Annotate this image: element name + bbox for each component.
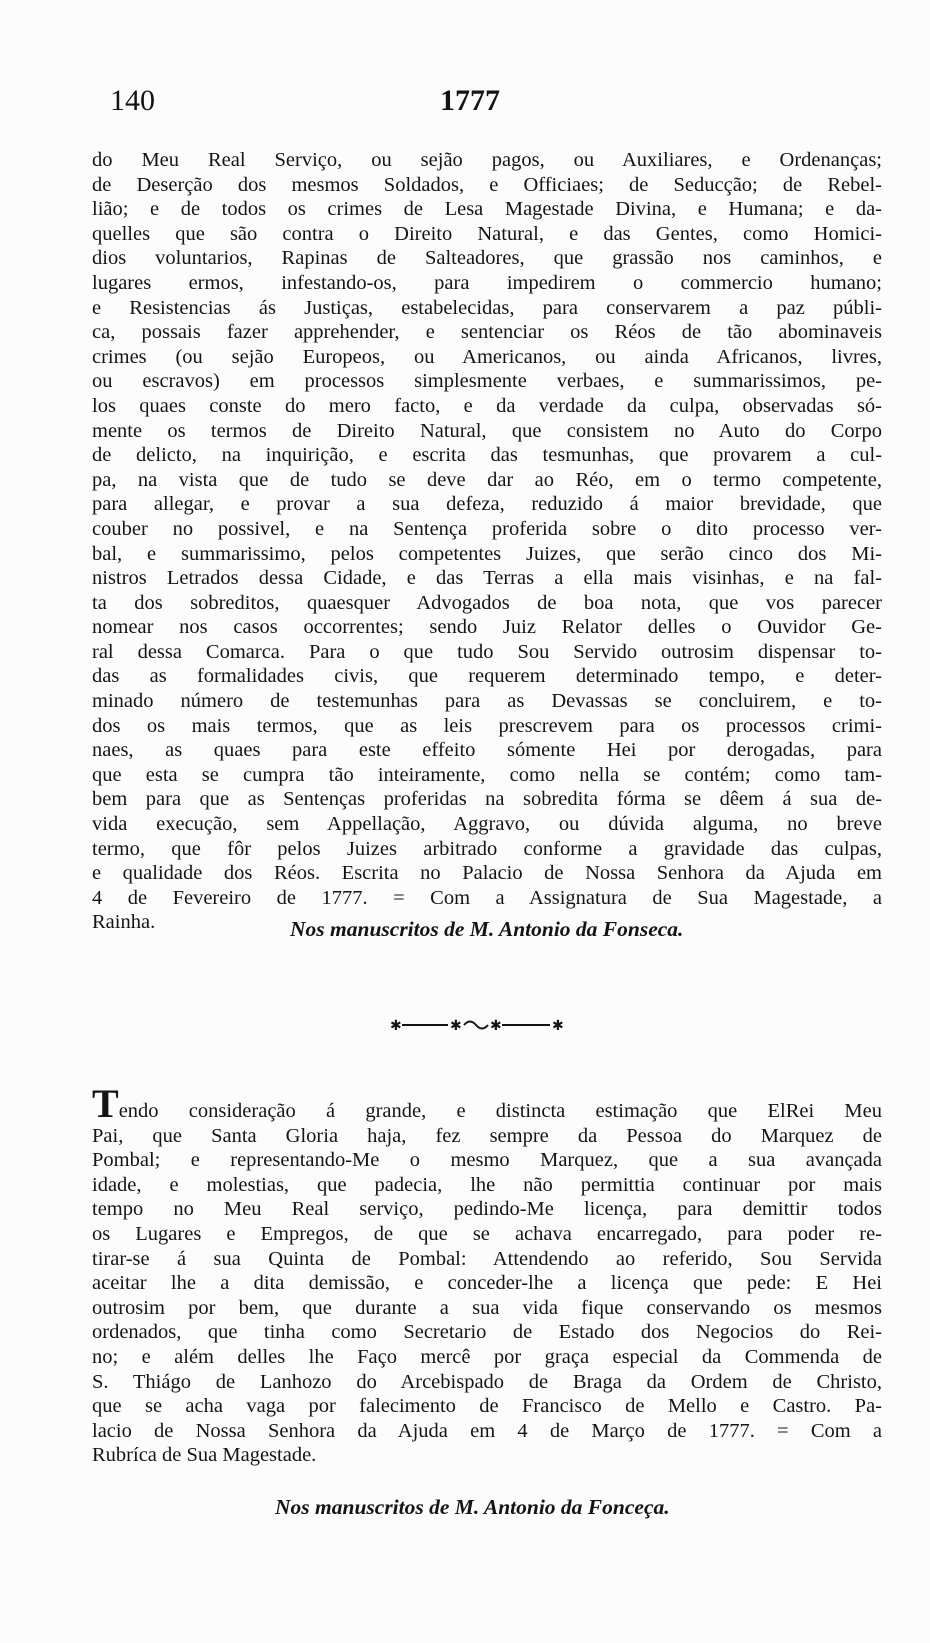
source-attribution-1: Nos manuscritos de M. Antonio da Fonseca… [290, 917, 683, 942]
text-line: tirar-se á sua Quinta de Pombal: Attende… [92, 1247, 882, 1272]
text-line: nistros Letrados dessa Cidade, e das Ter… [92, 566, 882, 591]
page-header: 140 1777 [0, 84, 930, 124]
text-line: de Deserção dos mesmos Soldados, e Offic… [92, 173, 882, 198]
text-line: ou escravos) em processos simplesmente v… [92, 369, 882, 394]
text-line: los quaes conste do mero facto, e da ver… [92, 394, 882, 419]
svg-text:✱: ✱ [390, 1019, 402, 1034]
text-line: S. Thiágo de Lanhozo do Arcebispado de B… [92, 1370, 882, 1395]
ornament-divider: ✱ ✱ ✱ ✱ [390, 1015, 570, 1035]
text-line: termo, que fôr pelos Juizes arbitrado co… [92, 837, 882, 862]
text-line-content: endo consideração á grande, e distincta … [119, 1100, 882, 1122]
text-line: Rubríca de Sua Magestade. [92, 1443, 882, 1468]
page-number: 140 [110, 84, 155, 118]
text-line: lugares ermos, infestando-os, para imped… [92, 271, 882, 296]
text-line: naes, as quaes para este effeito sómente… [92, 738, 882, 763]
text-line: os Lugares e Empregos, de que se achava … [92, 1222, 882, 1247]
text-line: Pai, que Santa Gloria haja, fez sempre d… [92, 1124, 882, 1149]
text-line: ordenados, que tinha como Secretario de … [92, 1320, 882, 1345]
text-line: Pombal; e representando-Me o mesmo Marqu… [92, 1148, 882, 1173]
text-line: bem para que as Sentenças proferidas na … [92, 787, 882, 812]
source-attribution-2: Nos manuscritos de M. Antonio da Fonceça… [275, 1495, 670, 1520]
running-head-year: 1777 [440, 84, 500, 118]
text-line: no; e além delles lhe Faço mercê por gra… [92, 1345, 882, 1370]
text-line: crimes (ou sejão Europeos, ou Americanos… [92, 345, 882, 370]
text-line: ta dos sobreditos, quaesquer Advogados d… [92, 591, 882, 616]
text-line: de delicto, na inquirição, e escrita das… [92, 443, 882, 468]
text-line: mente os termos de Direito Natural, que … [92, 419, 882, 444]
text-line: lião; e de todos os crimes de Lesa Mages… [92, 197, 882, 222]
text-line: vida execução, sem Appellação, Aggravo, … [92, 812, 882, 837]
text-line: ral dessa Comarca. Para o que tudo Sou S… [92, 640, 882, 665]
text-line: tempo no Meu Real serviço, pedindo-Me li… [92, 1197, 882, 1222]
text-line: aceitar lhe a dita demissão, e conceder-… [92, 1271, 882, 1296]
text-line: ca, possais fazer apprehender, e sentenc… [92, 320, 882, 345]
text-line: do Meu Real Serviço, ou sejão pagos, ou … [92, 148, 882, 173]
text-line: dos os mais termos, que as leis prescrev… [92, 714, 882, 739]
text-line: para allegar, e provar a sua defeza, red… [92, 492, 882, 517]
svg-text:✱: ✱ [552, 1019, 564, 1034]
text-line: lacio de Nossa Senhora da Ajuda em 4 de … [92, 1419, 882, 1444]
text-line: e Resistencias ás Justiças, estabelecida… [92, 296, 882, 321]
text-line: outrosim por bem, que durante a sua vida… [92, 1296, 882, 1321]
text-line: pa, na vista que de tudo se deve dar ao … [92, 468, 882, 493]
text-line: dios voluntarios, Rapinas de Salteadores… [92, 246, 882, 271]
text-line: das as formalidades civis, que requerem … [92, 664, 882, 689]
text-line: e qualidade dos Réos. Escrita no Palacio… [92, 861, 882, 886]
decree-text-1: do Meu Real Serviço, ou sejão pagos, ou … [92, 148, 882, 935]
text-line: que se acha vaga por falecimento de Fran… [92, 1394, 882, 1419]
text-line: que esta se cumpra tão inteiramente, com… [92, 763, 882, 788]
text-line: quelles que são contra o Direito Natural… [92, 222, 882, 247]
text-line: couber no possivel, e na Sentença profer… [92, 517, 882, 542]
text-line: minado número de testemunhas para as Dev… [92, 689, 882, 714]
text-line: idade, e molestias, que padecia, lhe não… [92, 1173, 882, 1198]
text-line: 4 de Fevereiro de 1777. = Com a Assignat… [92, 886, 882, 911]
text-line: Tendo consideração á grande, e distincta… [92, 1094, 882, 1124]
text-line: bal, e summarissimo, pelos competentes J… [92, 542, 882, 567]
text-line: nomear nos casos occorrentes; sendo Juiz… [92, 615, 882, 640]
drop-cap: T [92, 1081, 119, 1126]
svg-text:✱: ✱ [450, 1019, 462, 1034]
svg-text:✱: ✱ [490, 1019, 502, 1034]
decree-text-2: Tendo consideração á grande, e distincta… [92, 1094, 882, 1468]
